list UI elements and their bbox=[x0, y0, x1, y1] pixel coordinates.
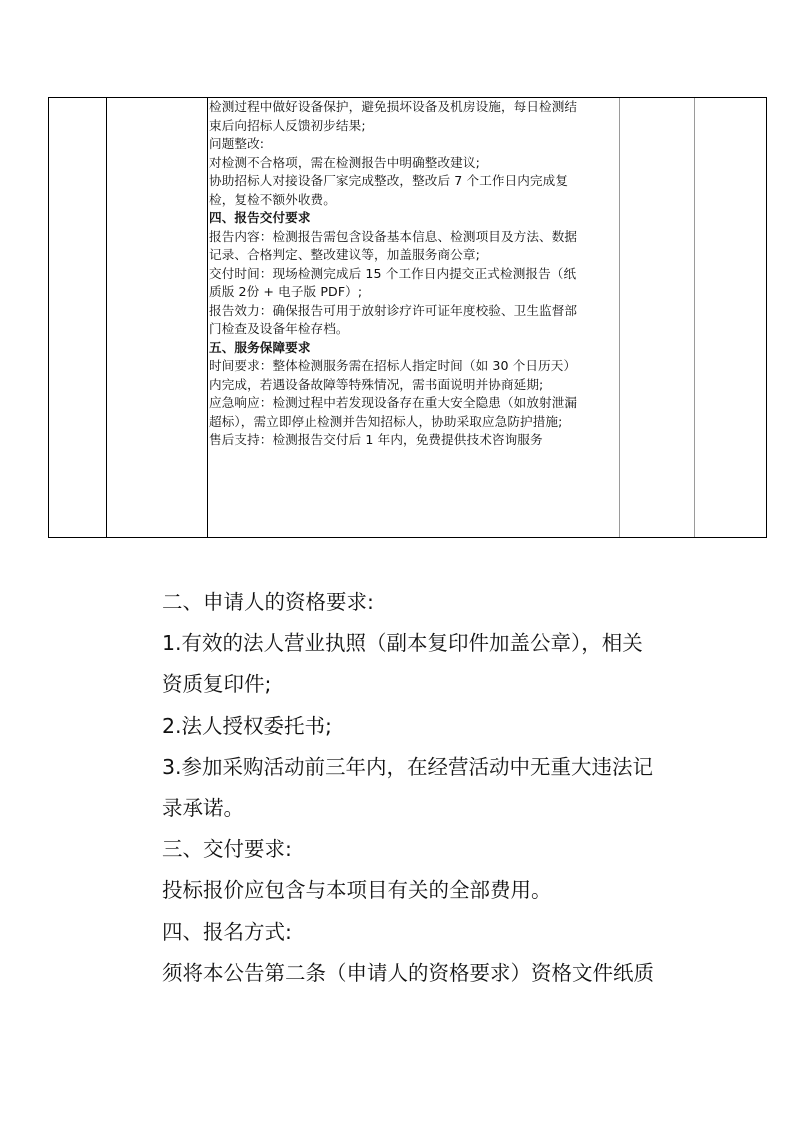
section-heading-registration: 四、报名方式: bbox=[162, 912, 682, 953]
cell-section-heading: 五、服务保障要求 bbox=[209, 339, 619, 358]
cell-line: 对检测不合格项，需在检测报告中明确整改建议; bbox=[209, 154, 619, 173]
cell-line: 时间要求：整体检测服务需在招标人指定时间（如 30 个日历天） bbox=[209, 357, 619, 376]
cell-line: 门检查及设备年检存档。 bbox=[209, 320, 619, 339]
announcement-body: 二、申请人的资格要求: 1.有效的法人营业执照（副本复印件加盖公章），相关 资质… bbox=[162, 582, 682, 994]
section-heading-qualifications: 二、申请人的资格要求: bbox=[162, 582, 682, 623]
table-cell-requirements-text: 检测过程中做好设备保护，避免损坏设备及机房设施，每日检测结 束后向招标人反馈初步… bbox=[209, 98, 619, 450]
table-column-divider-4 bbox=[694, 98, 695, 537]
cell-line: 检测过程中做好设备保护，避免损坏设备及机房设施，每日检测结 bbox=[209, 98, 619, 117]
paragraph-line: 须将本公告第二条（申请人的资格要求）资格文件纸质 bbox=[162, 953, 682, 994]
paragraph-line: 3.参加采购活动前三年内，在经营活动中无重大违法记 bbox=[162, 747, 682, 788]
table-column-divider-1 bbox=[106, 98, 107, 537]
cell-line: 协助招标人对接设备厂家完成整改，整改后 7 个工作日内完成复 bbox=[209, 172, 619, 191]
cell-line: 超标），需立即停止检测并告知招标人，协助采取应急防护措施; bbox=[209, 413, 619, 432]
cell-line: 交付时间：现场检测完成后 15 个工作日内提交正式检测报告（纸 bbox=[209, 265, 619, 284]
cell-line: 问题整改: bbox=[209, 135, 619, 154]
cell-line: 检，复检不额外收费。 bbox=[209, 191, 619, 210]
requirements-table: 检测过程中做好设备保护，避免损坏设备及机房设施，每日检测结 束后向招标人反馈初步… bbox=[48, 97, 767, 538]
paragraph-line: 2.法人授权委托书; bbox=[162, 706, 682, 747]
paragraph-line: 资质复印件; bbox=[162, 664, 682, 705]
cell-section-heading: 四、报告交付要求 bbox=[209, 209, 619, 228]
paragraph-line: 1.有效的法人营业执照（副本复印件加盖公章），相关 bbox=[162, 623, 682, 664]
paragraph-line: 投标报价应包含与本项目有关的全部费用。 bbox=[162, 870, 682, 911]
cell-line: 内完成，若遇设备故障等特殊情况，需书面说明并协商延期; bbox=[209, 376, 619, 395]
cell-line: 报告效力：确保报告可用于放射诊疗许可证年度校验、卫生监督部 bbox=[209, 302, 619, 321]
cell-line: 质版 2份 + 电子版 PDF）; bbox=[209, 283, 619, 302]
section-heading-delivery: 三、交付要求: bbox=[162, 829, 682, 870]
cell-line: 应急响应：检测过程中若发现设备存在重大安全隐患（如放射泄漏 bbox=[209, 394, 619, 413]
table-column-divider-3 bbox=[619, 98, 620, 537]
cell-line: 束后向招标人反馈初步结果; bbox=[209, 117, 619, 136]
cell-line: 售后支持：检测报告交付后 1 年内，免费提供技术咨询服务 bbox=[209, 431, 619, 450]
paragraph-line: 录承诺。 bbox=[162, 788, 682, 829]
cell-line: 报告内容：检测报告需包含设备基本信息、检测项目及方法、数据 bbox=[209, 228, 619, 247]
cell-line: 记录、合格判定、整改建议等，加盖服务商公章; bbox=[209, 246, 619, 265]
table-column-divider-2 bbox=[207, 98, 208, 537]
